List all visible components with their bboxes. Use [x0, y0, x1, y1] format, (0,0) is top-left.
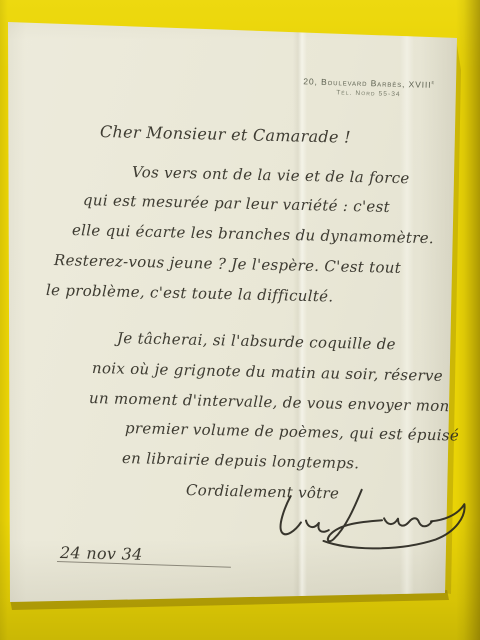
signature-luc-durtain: Luc Durtain	[265, 482, 472, 559]
letterhead-address-suffix: e	[432, 80, 435, 86]
printed-letterhead: 20, Boulevard Barbès, XVIIIe Tél. Nord 5…	[287, 74, 450, 100]
letterhead-address-text: 20, Boulevard Barbès, XVIII	[303, 76, 431, 90]
photo-of-letter: 20, Boulevard Barbès, XVIIIe Tél. Nord 5…	[0, 0, 480, 640]
signature-flourish: Luc Durtain	[265, 482, 472, 559]
